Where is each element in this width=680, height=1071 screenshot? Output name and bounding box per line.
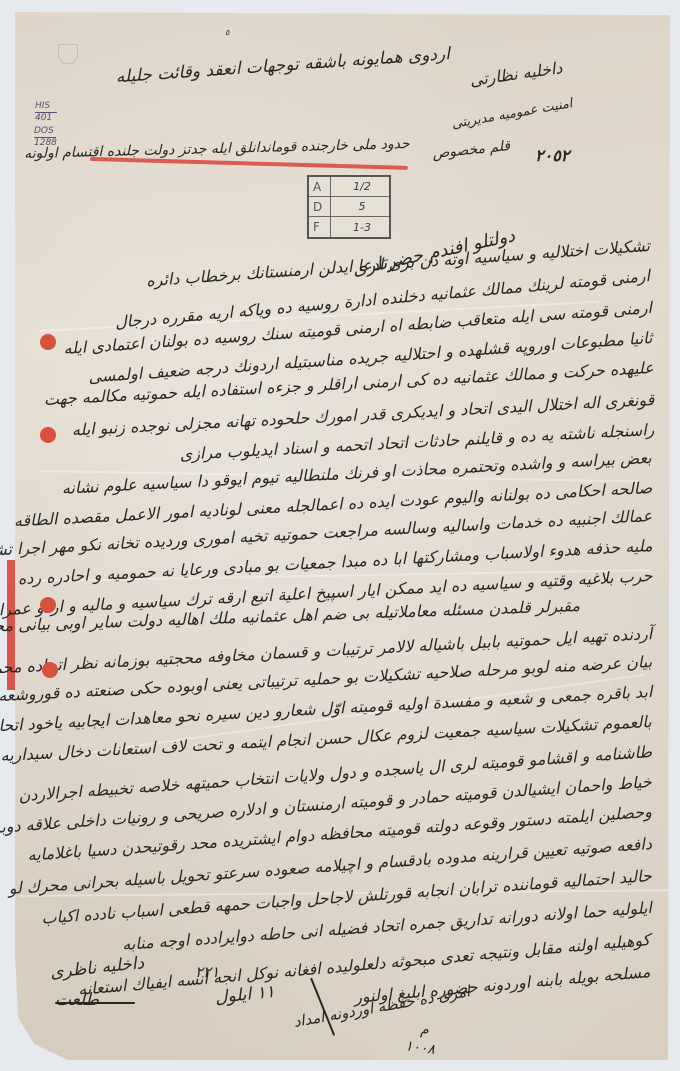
margin-note-text: HIS [35, 101, 57, 112]
red-marker-dot [40, 597, 56, 613]
margin-note-text: 401 [35, 113, 57, 124]
archive-reference-box: A 1/2 D 5 F 1-3 [307, 175, 391, 239]
watermark-icon [58, 44, 78, 64]
signature-flourish [55, 1002, 135, 1004]
header-mark: ٥ [225, 28, 229, 37]
archive-key-a: A [309, 177, 331, 197]
bottom-mark: م [420, 1022, 429, 1038]
archive-key-d: D [309, 197, 331, 217]
red-marker-dot [40, 427, 56, 443]
red-marker-dot [42, 662, 58, 678]
document-number: ٢٠٥٢ [535, 146, 569, 165]
archive-value-f: 1-3 [331, 217, 389, 237]
archive-key-f: F [309, 217, 331, 237]
date-upper: ٢٢١ [195, 963, 219, 981]
signature-name: طلعت [55, 990, 99, 1010]
archive-value-a: 1/2 [331, 177, 389, 197]
archive-value-d: 5 [331, 197, 389, 217]
red-marker-dot [40, 334, 56, 350]
margin-note-text: DOS [34, 126, 57, 137]
margin-note-his: HIS 401 [35, 101, 57, 124]
